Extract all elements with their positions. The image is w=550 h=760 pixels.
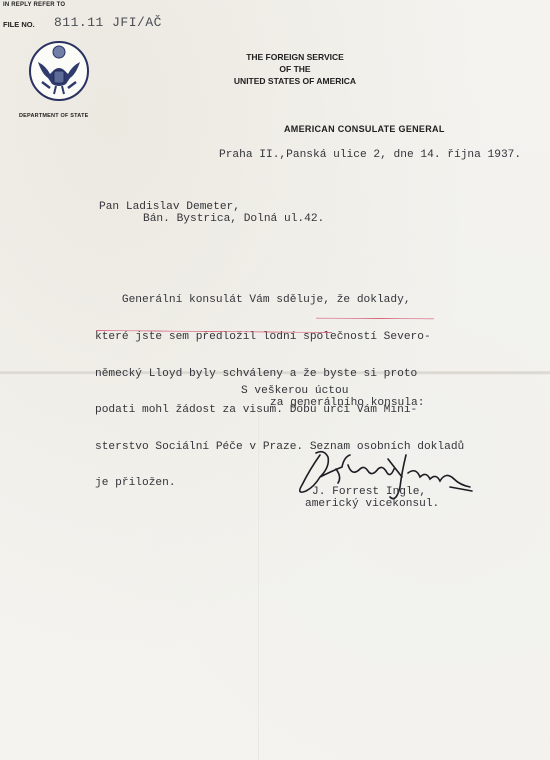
body-line: Generální konsulát Vám sděluje, že dokla… (95, 294, 464, 306)
heading-line: OF THE (205, 63, 385, 75)
consulate-heading: AMERICAN CONSULATE GENERAL (284, 124, 445, 134)
signer-title: americký vicekonsul. (305, 498, 439, 510)
dateline: Praha II.,Panská ulice 2, dne 14. října … (219, 149, 521, 161)
body-line: německý Lloyd byly schváleny a že byste … (95, 368, 464, 380)
recipient-address: Bán. Bystrica, Dolná ul.42. (143, 213, 324, 225)
reply-label: IN REPLY REFER TO (3, 2, 65, 8)
recipient-name: Pan Ladislav Demeter, (99, 201, 240, 213)
foreign-service-heading: THE FOREIGN SERVICE OF THE UNITED STATES… (205, 51, 385, 87)
department-label: DEPARTMENT OF STATE (19, 113, 89, 119)
file-number: 811.11 JFI/AČ (54, 15, 162, 30)
heading-line: THE FOREIGN SERVICE (205, 51, 385, 63)
closing-line: S veškerou úctou (241, 385, 348, 397)
great-seal-icon (28, 40, 90, 102)
body-line: které jste sem předložil lodní společnos… (95, 331, 464, 343)
file-number-label: FILE NO. (3, 20, 35, 29)
signer-name: J. Forrest Ingle, (312, 486, 426, 498)
heading-line: UNITED STATES OF AMERICA (205, 75, 385, 87)
closing-line: za generálního konsula: (270, 397, 424, 409)
